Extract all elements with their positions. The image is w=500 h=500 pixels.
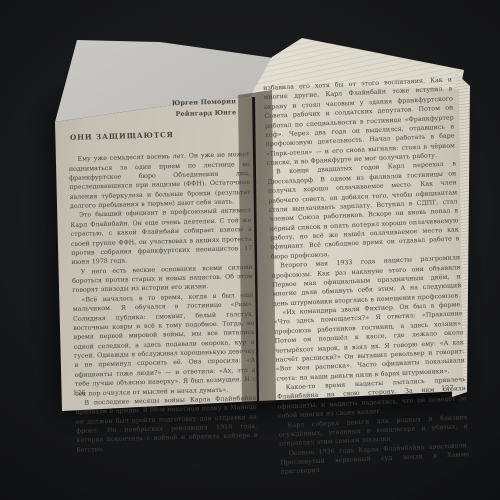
left-page-text: Юрген Поморин Рейнгард Юнге ОНИ ЗАЩИЩАЮТ… xyxy=(67,96,258,455)
right-page-text: избавила его хотя бы от этого воспитания… xyxy=(263,75,470,477)
left-paragraph: Это бывший официант и профсоюзный активи… xyxy=(70,206,253,267)
left-paragraph: Ему уже семьдесят восемь лет. Он уже не … xyxy=(69,150,252,211)
right-paragraph: избавила его хотя бы от этого воспитания… xyxy=(263,75,456,168)
page-number-right: 127 xyxy=(441,384,454,393)
chapter-title: ОНИ ЗАЩИЩАЮТСЯ xyxy=(70,128,249,142)
authors-heading: Юрген Поморин Рейнгард Юнге xyxy=(67,96,249,122)
left-paragraph: «Всё началось в то время, когда я был ещ… xyxy=(72,291,256,399)
left-paragraph: В последние месяцы войны Карла Флайнбайн… xyxy=(75,394,258,455)
right-paragraph: «Их командира звали Фихтнер. Он был в фо… xyxy=(273,300,465,383)
right-paragraph: В конце двадцатых годов Карл переехал в … xyxy=(267,160,460,262)
book-photo-scene: Юрген Поморин Рейнгард Юнге ОНИ ЗАЩИЩАЮТ… xyxy=(0,0,500,500)
page-number-left: 126 xyxy=(73,389,86,397)
